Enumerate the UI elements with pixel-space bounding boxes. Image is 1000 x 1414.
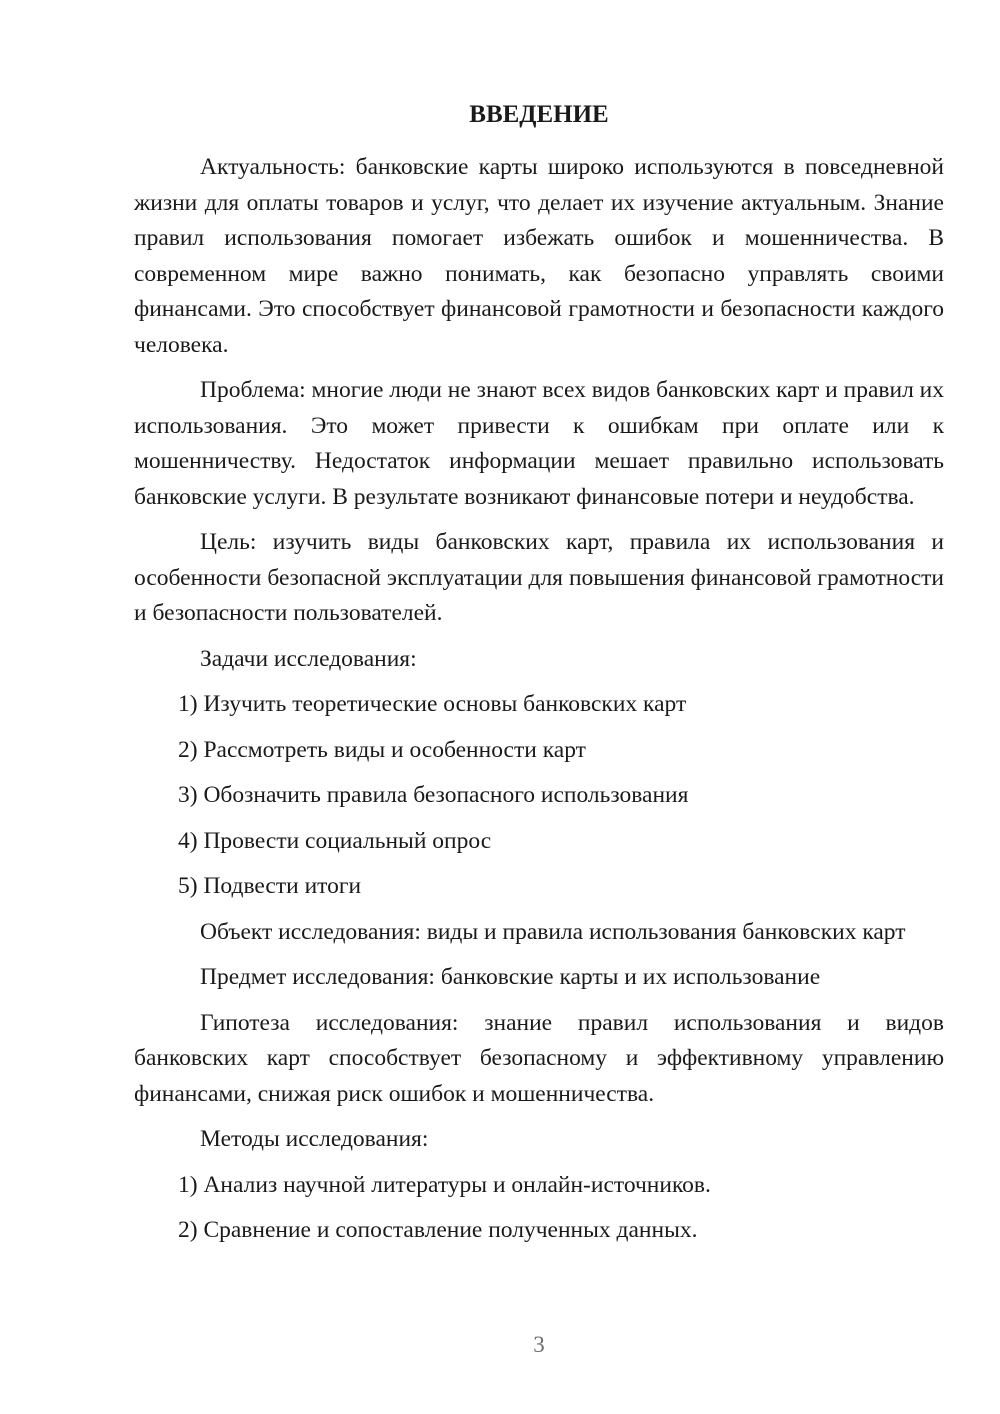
paragraph: Проблема: многие люди не знают всех видо… — [134, 373, 944, 515]
paragraph: Задачи исследования: — [134, 642, 944, 678]
page-number: 3 — [134, 1330, 944, 1360]
document-page: ВВЕДЕНИЕ Актуальность: банковские карты … — [0, 0, 1000, 1414]
numbered-list-item: 4) Провести социальный опрос — [178, 824, 944, 860]
document-body: Актуальность: банковские карты широко ис… — [134, 150, 944, 1249]
paragraph: Объект исследования: виды и правила испо… — [134, 915, 944, 951]
numbered-list-item: 2) Сравнение и сопоставление полученных … — [178, 1213, 944, 1249]
numbered-list-item: 5) Подвести итоги — [178, 869, 944, 905]
page-title: ВВЕДЕНИЕ — [134, 97, 944, 133]
paragraph: Актуальность: банковские карты широко ис… — [134, 150, 944, 363]
paragraph: Методы исследования: — [134, 1122, 944, 1158]
paragraph: Цель: изучить виды банковских карт, прав… — [134, 525, 944, 632]
paragraph: Предмет исследования: банковские карты и… — [134, 960, 944, 996]
numbered-list-item: 1) Изучить теоретические основы банковск… — [178, 687, 944, 723]
numbered-list-item: 2) Рассмотреть виды и особенности карт — [178, 733, 944, 769]
numbered-list-item: 3) Обозначить правила безопасного исполь… — [178, 778, 944, 814]
paragraph: Гипотеза исследования: знание правил исп… — [134, 1006, 944, 1113]
numbered-list-item: 1) Анализ научной литературы и онлайн-ис… — [178, 1168, 944, 1204]
